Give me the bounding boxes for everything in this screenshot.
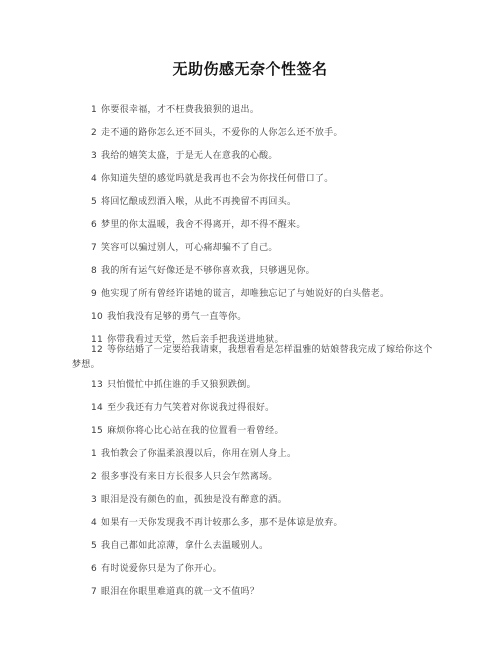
list-item: 6有时说爱你只是为了你开心。 <box>91 562 222 576</box>
list-item: 3眼泪是没有颜色的血，孤独是没有醉意的酒。 <box>91 493 287 507</box>
list-item: 13只怕慌忙中抓住谁的手又狼狈跌倒。 <box>91 378 256 392</box>
list-item: 10我怕我没有足够的勇气一直等你。 <box>91 310 247 324</box>
list-item: 9他实现了所有曾经许诺她的谎言，却唯独忘记了与她说好的白头偕老。 <box>91 287 389 301</box>
list-item: 3我给的嬉笑太盛，于是无人在意我的心酸。 <box>91 149 278 163</box>
list-item: 8我的所有运气好像还是不够你喜欢我，只够遇见你。 <box>91 264 315 278</box>
document-page: 无助伤感无奈个性签名 1你要很幸福，才不枉费我狼狈的退出。 2走不通的路你怎么还… <box>0 0 500 647</box>
list-item: 5将回忆酿成烈酒入喉，从此不再挽留不再回头。 <box>91 195 296 209</box>
list-item: 15麻烦你将心比心站在我的位置看一看曾经。 <box>91 424 284 438</box>
list-item: 1我怕教会了你温柔浪漫以后，你用在别人身上。 <box>91 447 296 461</box>
document-title: 无助伤感无奈个性签名 <box>0 58 500 79</box>
list-item: 12等你结婚了一定要给我请柬，我想看看是怎样温雅的姑娘替我完成了嫁给你这个 <box>91 343 433 357</box>
list-item: 2走不通的路你怎么还不回头，不爱你的人你怎么还不放手。 <box>91 126 343 140</box>
list-item: 7笑容可以骗过别人，可心痛却骗不了自己。 <box>91 241 278 255</box>
list-item-continuation: 梦想。 <box>72 357 100 370</box>
list-item: 4你知道失望的感觉吗就是我再也不会为你找任何借口了。 <box>91 172 334 186</box>
list-item: 2很多事没有来日方长很多人只会乍然离场。 <box>91 470 278 484</box>
list-item: 14至少我还有力气笑着对你说我过得很好。 <box>91 401 274 415</box>
list-item: 6梦里的你太温暖，我舍不得离开，却不得不醒来。 <box>91 218 306 232</box>
list-item: 7眼泪在你眼里难道真的就一文不值吗？ <box>91 585 259 599</box>
list-item: 5我自己都如此凉薄，拿什么去温暖别人。 <box>91 539 268 553</box>
list-item: 4如果有一天你发现我不再计较那么多，那不是体谅是放弃。 <box>91 516 343 530</box>
list-item: 1你要很幸福，才不枉费我狼狈的退出。 <box>91 103 259 117</box>
